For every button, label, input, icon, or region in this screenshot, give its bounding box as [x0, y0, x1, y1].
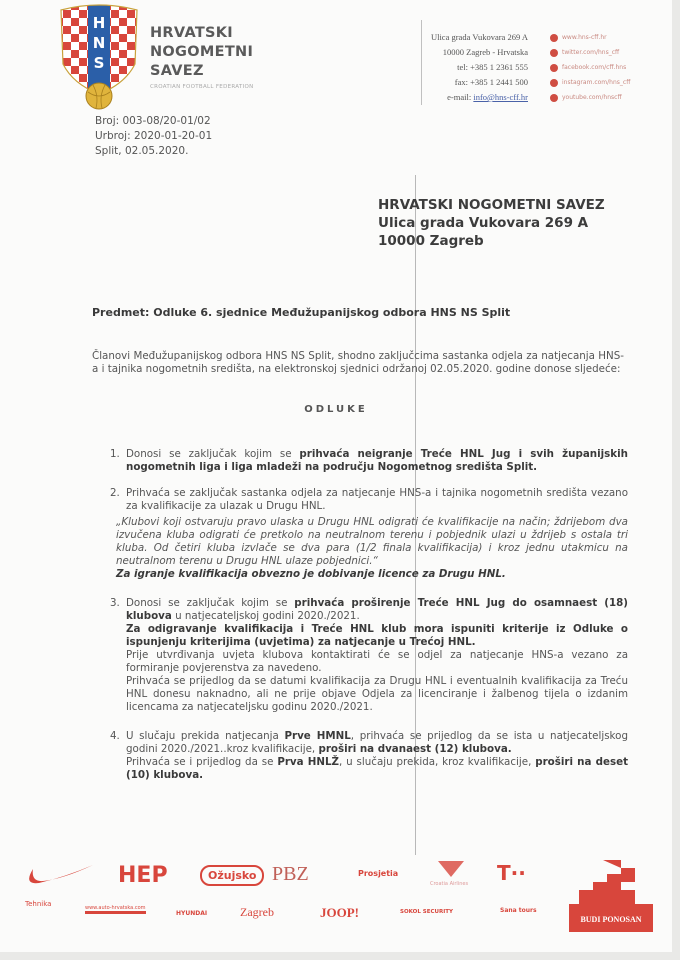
- social-instagram[interactable]: instagram.com/hns_cff: [550, 75, 630, 90]
- decisions-heading: ODLUKE: [0, 404, 672, 415]
- ref-broj: Broj: 003-08/20-01/02: [95, 114, 212, 129]
- org-subtitle: CROATIAN FOOTBALL FEDERATION: [150, 84, 254, 90]
- letter-page: H N S HRVATSKI NOGOMETNI SAVEZ CROATIAN …: [0, 0, 672, 952]
- facebook-icon: [550, 64, 558, 72]
- decision-item: 2. Prihvaća se zaključak sastanka odjela…: [108, 487, 628, 581]
- sponsor-telekom: T··: [497, 861, 526, 885]
- social-links: www.hns-cff.hr twitter.com/hns_cff faceb…: [550, 30, 630, 105]
- ref-urbroj: Urbroj: 2020-01-20-01: [95, 129, 212, 144]
- sponsor-sana-tours: Sana tours: [500, 907, 537, 914]
- social-facebook[interactable]: facebook.com/cff.hns: [550, 60, 630, 75]
- sponsor-pbz: PBZ: [272, 863, 309, 886]
- nike-logo-icon: [25, 863, 95, 887]
- decisions-list: 1. Donosi se zaključak kojim se prihvaća…: [108, 448, 628, 782]
- contact-block: Ulica grada Vukovara 269 A 10000 Zagreb …: [418, 30, 528, 105]
- svg-text:BUDI PONOSAN: BUDI PONOSAN: [580, 915, 641, 924]
- youtube-icon: [550, 94, 558, 102]
- sponsor-sokol-security: SOKOL SECURITY: [400, 909, 453, 915]
- sponsor-ozujsko: Ožujsko: [200, 865, 264, 886]
- email-link[interactable]: info@hns-cff.hr: [473, 92, 528, 102]
- svg-text:N: N: [93, 34, 106, 52]
- quoted-rule: „Klubovi koji ostvaruju pravo ulaska u D…: [116, 516, 628, 568]
- sponsor-tehnika: Tehnika: [25, 900, 51, 908]
- twitter-icon: [550, 49, 558, 57]
- social-youtube[interactable]: youtube.com/hnscff: [550, 90, 630, 105]
- reference-numbers: Broj: 003-08/20-01/02 Urbroj: 2020-01-20…: [95, 114, 212, 159]
- croatia-airlines-icon: [438, 859, 464, 879]
- sponsor-croatia-airlines: Croatia Airlines: [430, 881, 468, 887]
- contact-fax: fax: +385 1 2441 500: [418, 75, 528, 90]
- sponsor-zagreb: Zagreb: [240, 905, 274, 920]
- recipient-address: HRVATSKI NOGOMETNI SAVEZ Ulica grada Vuk…: [378, 196, 605, 250]
- social-web[interactable]: www.hns-cff.hr: [550, 30, 630, 45]
- ref-place-date: Split, 02.05.2020.: [95, 144, 212, 159]
- sponsor-hep: HEP: [118, 863, 168, 888]
- sponsor-prosjetia: Prosjetia: [358, 869, 398, 878]
- contact-tel: tel: +385 1 2361 555: [418, 60, 528, 75]
- social-twitter[interactable]: twitter.com/hns_cff: [550, 45, 630, 60]
- license-requirement: Za igranje kvalifikacija obvezno je dobi…: [116, 568, 628, 581]
- decision-item: 3. Donosi se zaključak kojim se prihvaća…: [108, 597, 628, 714]
- hns-crest-icon: H N S: [55, 2, 143, 110]
- svg-text:H: H: [93, 14, 106, 32]
- sponsor-auto-hrvatska: www.auto-hrvatska.com: [85, 905, 146, 914]
- decision-item: 4. U slučaju prekida natjecanja Prve HMN…: [108, 730, 628, 782]
- contact-city: 10000 Zagreb - Hrvatska: [418, 45, 528, 60]
- budi-ponosan-badge: BUDI PONOSAN: [565, 860, 655, 935]
- instagram-icon: [550, 79, 558, 87]
- svg-text:S: S: [94, 54, 105, 72]
- sponsor-joop: JOOP!: [320, 905, 359, 921]
- contact-street: Ulica grada Vukovara 269 A: [418, 30, 528, 45]
- intro-paragraph: Članovi Međužupanijskog odbora HNS NS Sp…: [92, 350, 624, 376]
- decision-item: 1. Donosi se zaključak kojim se prihvaća…: [108, 448, 628, 474]
- subject-line: Predmet: Odluke 6. sjednice Međužupanijs…: [92, 306, 510, 319]
- sponsor-hyundai: HYUNDAI: [176, 910, 207, 917]
- web-icon: [550, 34, 558, 42]
- org-name: HRVATSKI NOGOMETNI SAVEZ: [150, 24, 253, 81]
